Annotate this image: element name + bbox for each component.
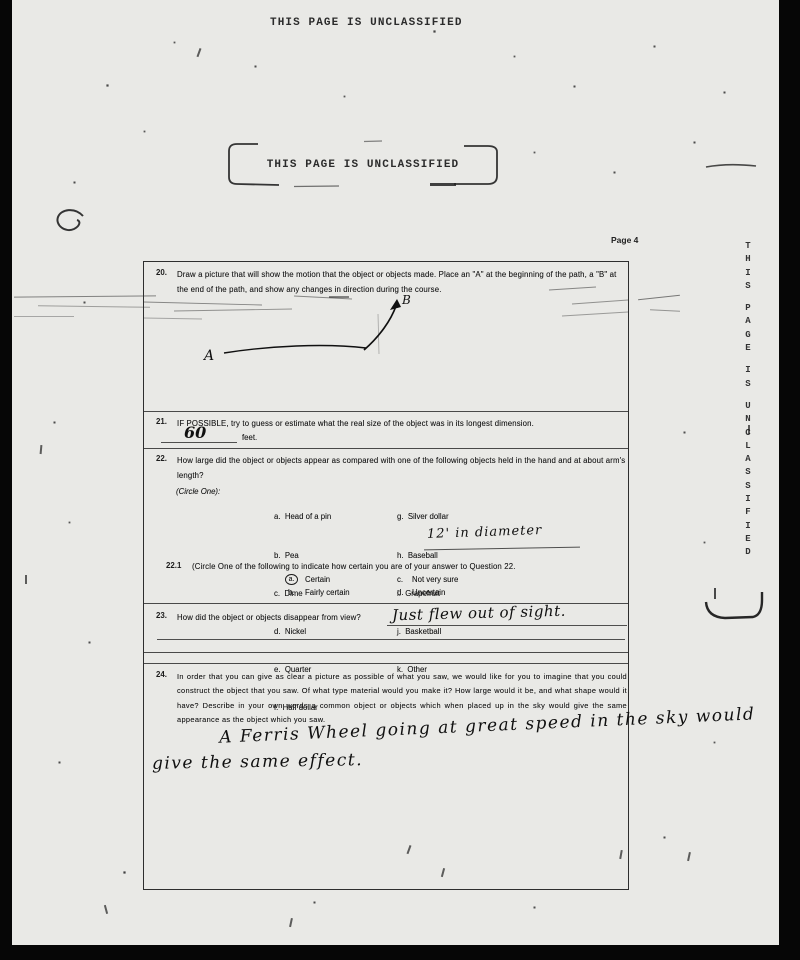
side-stamp-letter: T [745, 240, 750, 253]
path-start-label: A [202, 348, 214, 364]
circle-one-instruction: (Circle One): [176, 486, 220, 499]
question-number: 24. [156, 670, 167, 679]
side-stamp-letter: I [745, 520, 750, 533]
circled-option-mark: a. [285, 574, 298, 585]
scan-scratch [38, 305, 150, 308]
side-stamp-letter: P [745, 302, 750, 315]
option-letter: c. [397, 575, 403, 584]
side-stamp-letter: S [745, 466, 750, 479]
side-stamp-letter: U [745, 400, 750, 413]
option-item: g. Silver dollar [397, 511, 449, 524]
path-end-label: B [401, 293, 411, 307]
question-21-section: 21. IF POSSIBLE, try to guess or estimat… [144, 412, 628, 449]
side-stamp-letter: A [745, 453, 750, 466]
question-number: 22.1 [166, 561, 181, 570]
handwritten-answer: 60 [184, 423, 206, 442]
side-stamp-letter: G [745, 329, 750, 342]
answer-underline [157, 639, 625, 640]
answer-underline [387, 625, 627, 626]
scan-tick [289, 918, 292, 927]
side-stamp-letter: F [745, 506, 750, 519]
question-20-section: 20. Draw a picture that will show the mo… [144, 262, 628, 412]
side-stamp-letter: H [745, 253, 750, 266]
scan-tick [25, 575, 27, 584]
scanned-document-page: { "stamps": { "top": "THIS PAGE IS UNCLA… [0, 0, 800, 960]
side-stamp-letter: A [745, 315, 750, 328]
scan-scratch [14, 316, 74, 317]
option-item: Certain [305, 575, 330, 584]
top-unclassified-stamp: THIS PAGE IS UNCLASSIFIED [270, 17, 463, 29]
handwritten-other-answer: 12' in diameter [427, 523, 543, 542]
scan-scratch [14, 295, 156, 297]
scan-tick [748, 425, 750, 434]
arrowhead-icon [390, 299, 401, 310]
question-24-section: 24. In order that you can give as clear … [144, 663, 628, 891]
side-stamp-letter: I [745, 364, 750, 377]
side-stamp-letter: S [745, 480, 750, 493]
section-gap [144, 653, 628, 663]
answer-underline [161, 442, 237, 443]
scan-tick [197, 48, 201, 57]
question-text: How large did the object or objects appe… [177, 454, 629, 483]
scan-tick [687, 852, 690, 861]
question-text: IF POSSIBLE, try to guess or estimate wh… [177, 417, 629, 432]
stamp-corner-mark-icon [703, 586, 769, 624]
handwritten-answer: Just flew out of sight. [392, 602, 566, 625]
scan-speckles [12, 0, 13, 1]
side-stamp-letter: E [745, 342, 750, 355]
side-stamp-letter: S [745, 378, 750, 391]
side-unclassified-stamp: THISPAGEISUNCLASSIFIED [740, 240, 756, 560]
scan-scratch [650, 309, 680, 312]
question-text: How did the object or objects disappear … [177, 611, 397, 626]
question-number: 22. [156, 454, 167, 463]
scan-tick [40, 445, 42, 454]
question-text: (Circle One of the following to indicate… [192, 561, 622, 573]
option-letter: d. [397, 588, 404, 597]
option-letter: b. [288, 588, 295, 597]
side-stamp-letter: L [745, 440, 750, 453]
side-stamp-letter: I [745, 267, 750, 280]
question-number: 21. [156, 417, 167, 426]
option-item: a. Head of a pin [274, 511, 331, 524]
question-number: 23. [156, 611, 167, 620]
boxed-stamp-text: THIS PAGE IS UNCLASSIFIED [267, 159, 460, 171]
scan-tick [104, 905, 108, 914]
question-23-section: 23. How did the object or objects disapp… [144, 604, 628, 653]
unit-label: feet. [242, 433, 257, 442]
handwritten-answer-line2: give the same effect. [152, 750, 363, 774]
path-arrow [364, 306, 396, 350]
question-22-section: 22. How large did the object or objects … [144, 449, 628, 604]
path-line [224, 346, 366, 353]
boxed-unclassified-stamp: THIS PAGE IS UNCLASSIFIED [224, 140, 502, 190]
side-stamp-letter: E [745, 533, 750, 546]
option-item: Not very sure [412, 575, 458, 584]
option-item: Uncertain [412, 588, 445, 597]
flight-path-drawing: A B [144, 262, 628, 410]
scan-dash-mark [704, 162, 760, 170]
questionnaire-form: 20. Draw a picture that will show the mo… [143, 261, 629, 890]
side-stamp-letter: S [745, 280, 750, 293]
side-stamp-letter: I [745, 493, 750, 506]
pen-scribble-icon [55, 208, 89, 236]
option-item: Fairly certain [305, 588, 350, 597]
scan-scratch [638, 295, 680, 300]
page-number: Page 4 [611, 235, 638, 245]
side-stamp-letter: D [745, 546, 750, 559]
